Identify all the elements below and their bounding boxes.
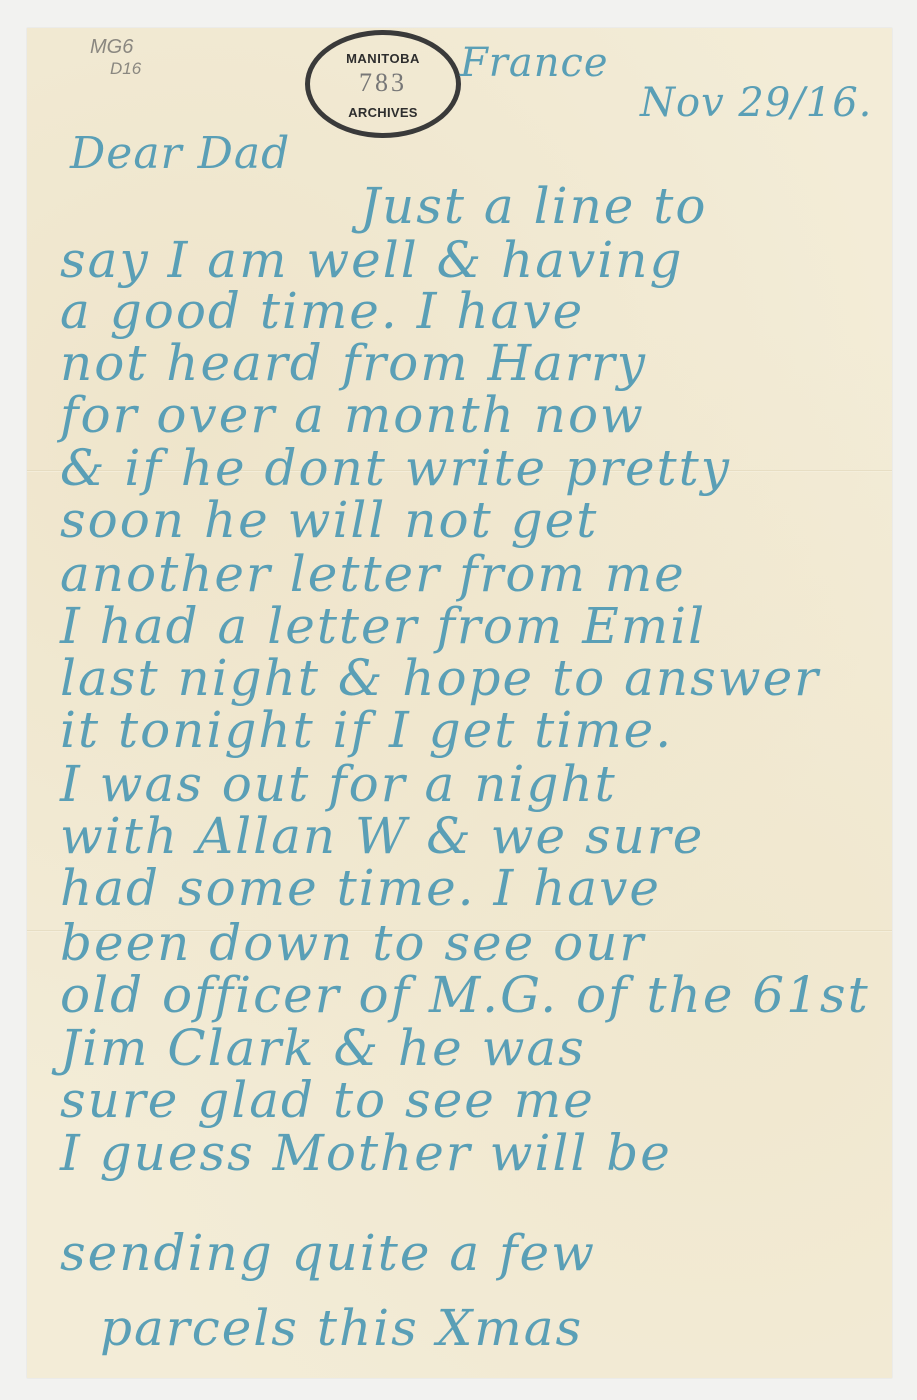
stamp-bottom-text: ARCHIVES <box>310 105 456 120</box>
body-line: Jim Clark & he was <box>60 1020 586 1076</box>
body-line: sending quite a few <box>60 1225 596 1281</box>
letter-date: Nov 29/16. <box>640 80 872 126</box>
letter-salutation: Dear Dad <box>70 128 290 179</box>
body-line: I guess Mother will be <box>60 1125 672 1181</box>
body-line: with Allan W & we sure <box>60 808 704 864</box>
body-line: say I am well & having <box>60 232 684 288</box>
body-line: for over a month now <box>60 387 645 443</box>
body-line: old officer of M.G. of the 61st <box>60 967 870 1023</box>
body-line: I was out for a night <box>60 756 617 812</box>
body-line: sure glad to see me <box>60 1072 595 1128</box>
body-line: Just a line to <box>360 178 707 234</box>
catalog-note: MG6 D16 <box>90 36 141 80</box>
body-line: had some time. I have <box>60 860 661 916</box>
stamp-top-text: MANITOBA <box>310 51 456 66</box>
body-line: I had a letter from Emil <box>60 598 706 654</box>
body-line: not heard from Harry <box>60 335 647 391</box>
body-line: & if he dont write pretty <box>60 440 731 496</box>
body-line: parcels this Xmas <box>100 1300 583 1356</box>
body-line: another letter from me <box>60 546 686 602</box>
catalog-note-line2: D16 <box>90 58 141 80</box>
body-line: been down to see our <box>60 915 645 971</box>
archives-stamp: MANITOBA 783 ARCHIVES <box>305 30 461 138</box>
body-line: it tonight if I get time. <box>60 702 673 758</box>
body-line: soon he will not get <box>60 492 598 548</box>
letter-place: France <box>460 40 609 86</box>
body-line: last night & hope to answer <box>60 650 820 706</box>
catalog-note-line1: MG6 <box>90 36 133 58</box>
body-line: a good time. I have <box>60 283 584 339</box>
stamp-number: 783 <box>310 68 456 98</box>
